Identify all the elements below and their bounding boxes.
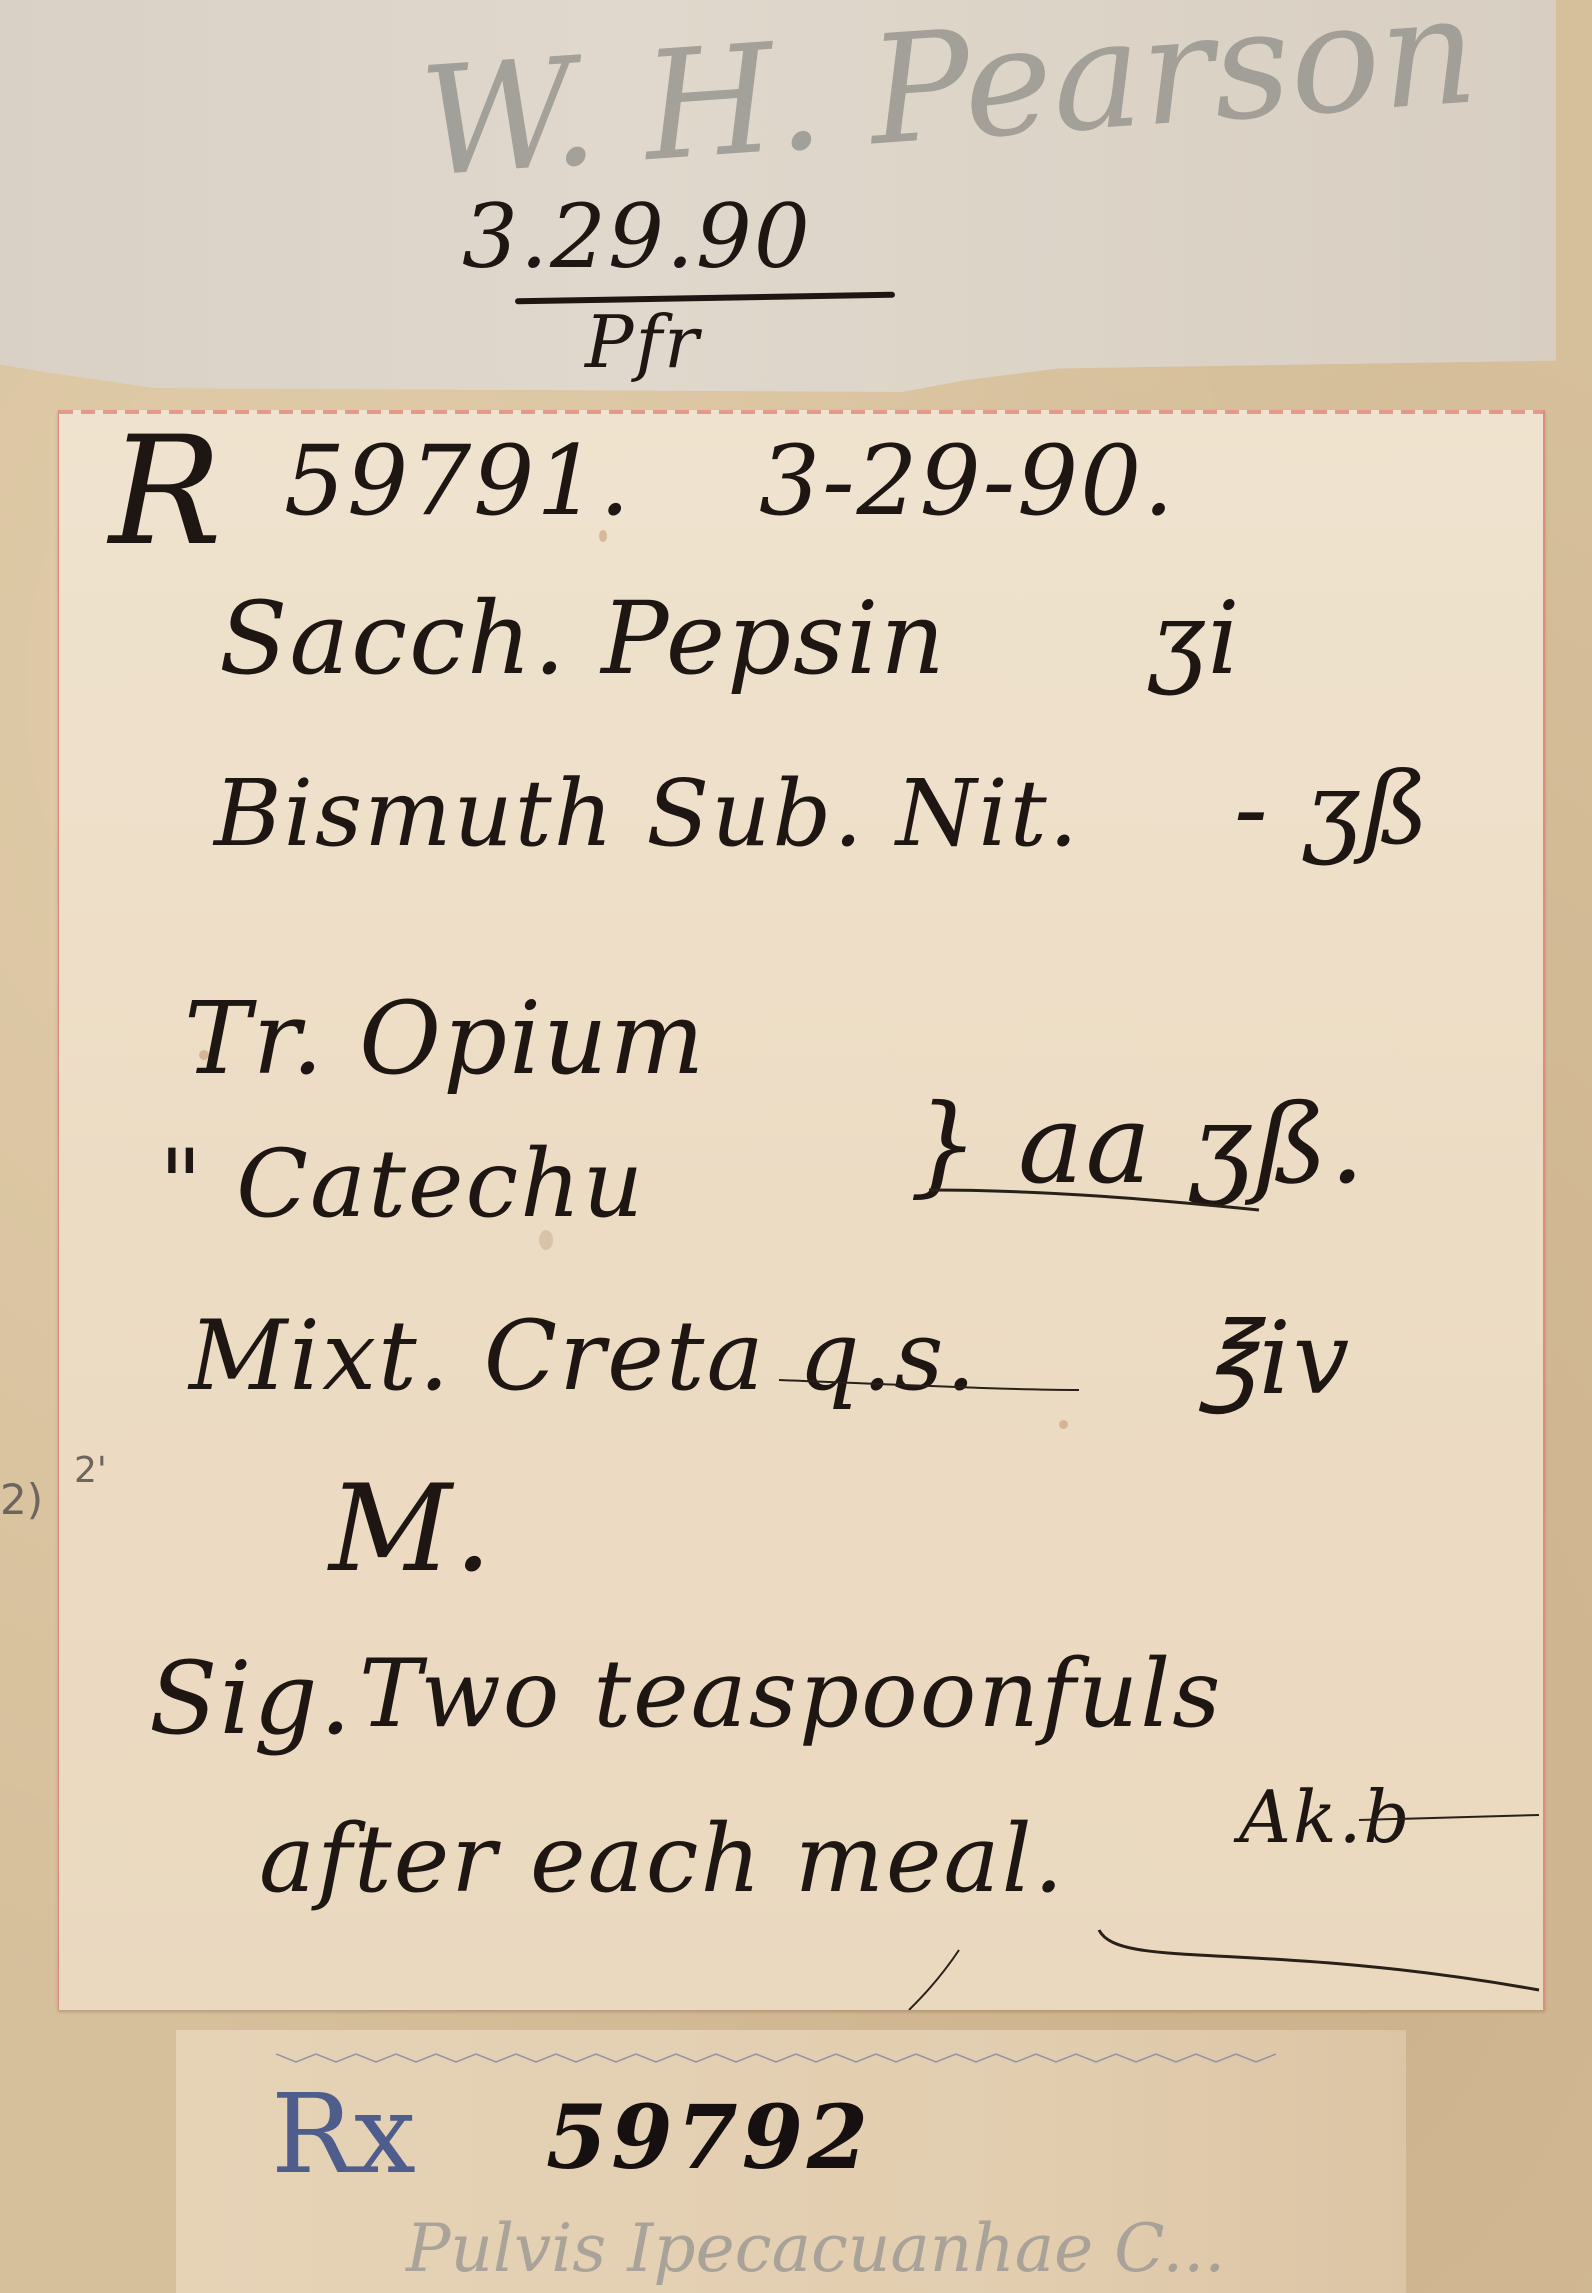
- date-underline: [515, 292, 895, 305]
- prescription-slip: 2' R 59791. 3-29-90. Sacch. Pepsin ʒi Bi…: [58, 410, 1545, 2010]
- zigzag-edge: [276, 2050, 1276, 2064]
- pencil-name: W. H. Pearson: [415, 0, 1482, 211]
- pencil-drug-name: Pulvis Ipecacuanhae C...: [406, 2210, 1225, 2287]
- next-rx-number: 59792: [546, 2085, 872, 2189]
- rx-symbol-blue: Rx: [271, 2070, 416, 2198]
- flourish-strokes: [59, 410, 1543, 2010]
- margin-note-left: 2): [0, 1475, 43, 1524]
- top-slip-initials: Pfr: [585, 300, 701, 384]
- top-torn-slip: W. H. Pearson 3.29.90 Pfr: [0, 0, 1556, 392]
- top-slip-date: 3.29.90: [462, 185, 812, 288]
- next-prescription-label: Rx 59792 Pulvis Ipecacuanhae C...: [176, 2030, 1406, 2293]
